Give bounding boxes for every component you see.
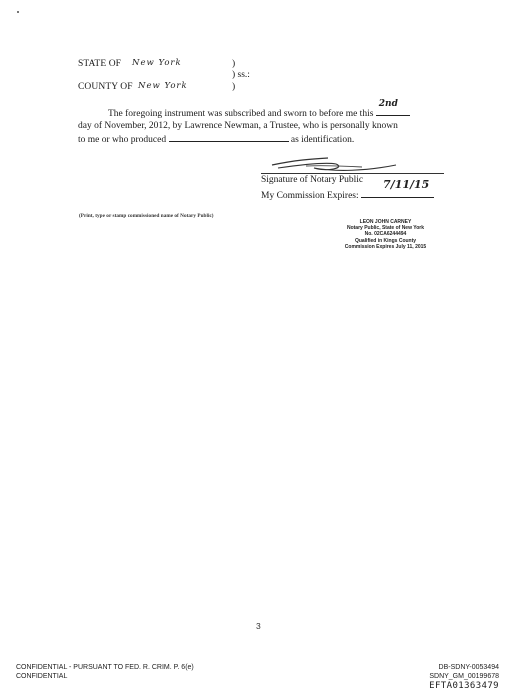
scan-speck (17, 11, 19, 13)
state-label: STATE OF (78, 59, 121, 69)
signature-line (261, 173, 444, 174)
print-name-label: (Print, type or stamp commissioned name … (79, 213, 214, 219)
identification-blank (169, 132, 289, 142)
jurat-line-2: day of November, 2012, by Lawrence Newma… (78, 121, 478, 133)
page-number: 3 (256, 621, 261, 631)
commission-expires-handwritten: 7/11/15 (383, 179, 429, 191)
venue-bracket-ss: ) ss.: (232, 71, 250, 80)
commission-expires-row: My Commission Expires: 7/11/15 (261, 187, 434, 203)
state-value-handwritten: New York (132, 58, 182, 68)
notary-stamp-line-4: Commission Expires July 11, 2015 (323, 244, 448, 250)
bates-efta: EFTA01363479 (429, 681, 499, 691)
footer-right: DB-SDNY-0053494 SDNY_GM_00199678 EFTA013… (429, 663, 499, 691)
venue-bracket-top: ) (232, 60, 235, 69)
notary-stamp: LEON JOHN CARNEY Notary Public, State of… (323, 219, 448, 250)
venue-bracket-bottom: ) (232, 83, 235, 92)
commission-expires-blank: 7/11/15 (361, 187, 434, 198)
footer-confidential: CONFIDENTIAL (16, 672, 194, 681)
day-blank: 2nd (376, 105, 410, 116)
jurat-line-1: The foregoing instrument was subscribed … (78, 105, 478, 121)
footer-confidential-grand-jury: CONFIDENTIAL - PURSUANT TO FED. R. CRIM.… (16, 663, 194, 672)
bates-sdny-gm: SDNY_GM_00199678 (429, 672, 499, 681)
jurat-line-1-text: The foregoing instrument was subscribed … (108, 109, 373, 119)
jurat-line-3-suffix: as identification. (291, 135, 354, 145)
county-value-handwritten: New York (138, 81, 188, 91)
signature-label: Signature of Notary Public (261, 175, 363, 187)
county-label: COUNTY OF (78, 82, 133, 92)
commission-expires-label: My Commission Expires: (261, 191, 359, 201)
day-handwritten: 2nd (379, 99, 398, 111)
jurat-line-3: to me or who produced as identification. (78, 132, 478, 147)
jurat-paragraph: The foregoing instrument was subscribed … (78, 105, 478, 147)
bates-db-sdny: DB-SDNY-0053494 (429, 663, 499, 672)
footer-left: CONFIDENTIAL - PURSUANT TO FED. R. CRIM.… (16, 663, 194, 681)
jurat-line-3-prefix: to me or who produced (78, 135, 166, 145)
